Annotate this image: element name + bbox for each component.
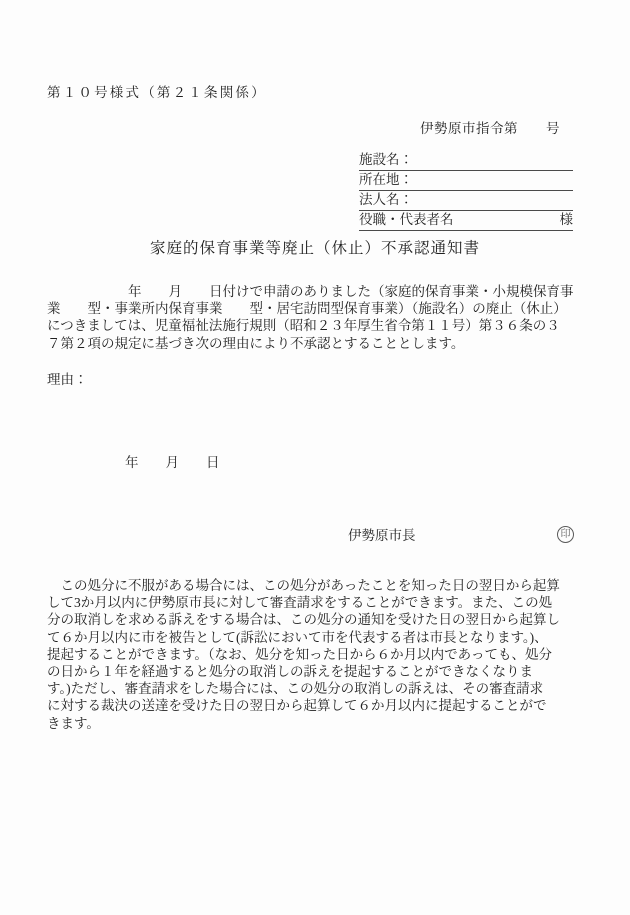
- appeal-paragraph-line: て６か月以内に市を被告として(訴訟において市を代表する者は市長となります。)、: [47, 629, 584, 646]
- appeal-paragraph-line: して3か月以内に伊勢原市長に対して審査請求をすることができます。また、この処: [47, 594, 584, 611]
- representative-name-field: 役職・代表者名 様: [359, 211, 573, 231]
- appeal-paragraph: この処分に不服がある場合には、この処分があったことを知った日の翌日から起算 して…: [47, 577, 584, 732]
- address-field: 所在地：: [359, 171, 573, 191]
- body-paragraph: 年 月 日付けで申請のありました（家庭的保育事業・小規模保育事 業 型・事業所内…: [47, 283, 584, 352]
- body-paragraph-line: ７第２項の規定に基づき次の理由により不承認とすることとします。: [47, 335, 584, 352]
- date-line: 年 月 日: [125, 451, 220, 471]
- body-paragraph-line: につきましては、児童福祉法施行規則（昭和２３年厚生省令第１１号）第３６条の３: [47, 317, 584, 334]
- seal-icon: 印: [557, 526, 574, 543]
- appeal-paragraph-line: この処分に不服がある場合には、この処分があったことを知った日の翌日から起算: [47, 577, 584, 594]
- directive-number-line: 伊勢原市指令第 号: [420, 117, 560, 137]
- reason-label: 理由：: [47, 368, 88, 388]
- representative-name-label: 役職・代表者名: [359, 211, 454, 230]
- honorific-label: 様: [560, 211, 574, 230]
- appeal-paragraph-line: の日から１年を経過すると処分の取消しの訴えを提起することができなくなりま: [47, 663, 584, 680]
- document-title: 家庭的保育事業等廃止（休止）不承認通知書: [0, 236, 630, 258]
- body-paragraph-line: 業 型・事業所内保育事業 型・居宅訪問型保育事業）（施設名）の廃止（休止）: [47, 300, 584, 317]
- issuer-name: 伊勢原市長: [348, 524, 416, 544]
- recipient-block: 施設名： 所在地： 法人名： 役職・代表者名 様: [359, 151, 573, 231]
- appeal-paragraph-line: 分の取消しを求める訴えをする場合は、この処分の通知を受けた日の翌日から起算し: [47, 611, 584, 628]
- corporation-name-field: 法人名：: [359, 191, 573, 211]
- appeal-paragraph-line: す。)ただし、審査請求をした場合には、この処分の取消しの訴えは、その審査請求: [47, 680, 584, 697]
- issuer-line: 伊勢原市長 印: [348, 524, 574, 544]
- corporation-name-label: 法人名：: [359, 191, 413, 210]
- appeal-paragraph-line: 提起することができます。（なお、処分を知った日から６か月以内であっても、処分: [47, 646, 584, 663]
- appeal-paragraph-line: きます。: [47, 715, 584, 732]
- body-paragraph-line: 年 月 日付けで申請のありました（家庭的保育事業・小規模保育事: [47, 283, 584, 300]
- appeal-paragraph-line: に対する裁決の送達を受けた日の翌日から起算して６か月以内に提起することがで: [47, 697, 584, 714]
- facility-name-field: 施設名：: [359, 151, 573, 171]
- document-page: 第１０号様式（第２１条関係） 伊勢原市指令第 号 施設名： 所在地： 法人名： …: [0, 0, 630, 915]
- address-label: 所在地：: [359, 171, 413, 190]
- form-number: 第１０号様式（第２１条関係）: [47, 81, 267, 101]
- facility-name-label: 施設名：: [359, 151, 413, 170]
